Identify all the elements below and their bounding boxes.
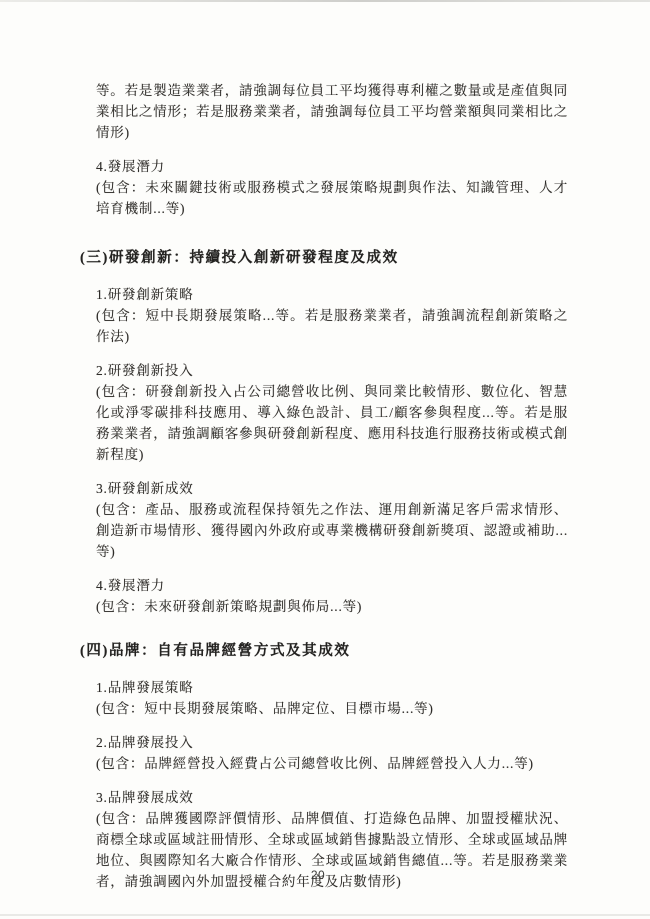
- item-title: 4.發展潛力: [80, 575, 568, 596]
- document-body: 等。若是製造業業者，請強調每位員工平均獲得專利權之數量或是產值與同業相比之情形；…: [80, 80, 568, 892]
- continued-paragraph: 等。若是製造業業者，請強調每位員工平均獲得專利權之數量或是產值與同業相比之情形；…: [80, 80, 568, 143]
- item-title: 1.品牌發展策略: [80, 677, 568, 698]
- item-title: 3.研發創新成效: [80, 478, 568, 499]
- scan-edge-bottom-line: [0, 914, 650, 916]
- item-title: 4.發展潛力: [80, 156, 568, 177]
- section-rd-innovation: (三)研發創新：持續投入創新研發程度及成效 1.研發創新策略 (包含：短中長期發…: [80, 246, 568, 617]
- item-body: (包含：短中長期發展策略、品牌定位、目標市場...等): [80, 698, 568, 719]
- page-number: 20: [0, 868, 636, 882]
- document-page: 等。若是製造業業者，請強調每位員工平均獲得專利權之數量或是產值與同業相比之情形；…: [0, 0, 650, 919]
- list-item: 4.發展潛力 (包含：未來關鍵技術或服務模式之發展策略規劃與作法、知識管理、人才…: [80, 156, 568, 219]
- list-item: 2.品牌發展投入 (包含：品牌經營投入經費占公司總營收比例、品牌經營投入人力..…: [80, 732, 568, 774]
- scan-edge-top-line: [0, 0, 650, 2]
- item-body: (包含：研發創新投入占公司總營收比例、與同業比較情形、數位化、智慧化或淨零碳排科…: [80, 381, 568, 465]
- list-item: 1.品牌發展策略 (包含：短中長期發展策略、品牌定位、目標市場...等): [80, 677, 568, 719]
- item-body: (包含：產品、服務或流程保持領先之作法、運用創新滿足客戶需求情形、創造新市場情形…: [80, 499, 568, 562]
- item-title: 2.研發創新投入: [80, 360, 568, 381]
- item-body: (包含：未來關鍵技術或服務模式之發展策略規劃與作法、知識管理、人才培育機制...…: [80, 177, 568, 219]
- section-title: (三)研發創新：持續投入創新研發程度及成效: [80, 246, 568, 271]
- section-brand: (四)品牌：自有品牌經營方式及其成效 1.品牌發展策略 (包含：短中長期發展策略…: [80, 639, 568, 892]
- item-body: (包含：品牌經營投入經費占公司總營收比例、品牌經營投入人力...等): [80, 753, 568, 774]
- list-item: 2.研發創新投入 (包含：研發創新投入占公司總營收比例、與同業比較情形、數位化、…: [80, 360, 568, 465]
- list-item: 4.發展潛力 (包含：未來研發創新策略規劃與佈局...等): [80, 575, 568, 617]
- item-title: 3.品牌發展成效: [80, 787, 568, 808]
- item-body: (包含：未來研發創新策略規劃與佈局...等): [80, 596, 568, 617]
- list-item: 3.研發創新成效 (包含：產品、服務或流程保持領先之作法、運用創新滿足客戶需求情…: [80, 478, 568, 562]
- item-title: 1.研發創新策略: [80, 284, 568, 305]
- section-title: (四)品牌：自有品牌經營方式及其成效: [80, 639, 568, 664]
- list-item: 1.研發創新策略 (包含：短中長期發展策略...等。若是服務業業者，請強調流程創…: [80, 284, 568, 347]
- item-body: (包含：短中長期發展策略...等。若是服務業業者，請強調流程創新策略之作法): [80, 305, 568, 347]
- item-title: 2.品牌發展投入: [80, 732, 568, 753]
